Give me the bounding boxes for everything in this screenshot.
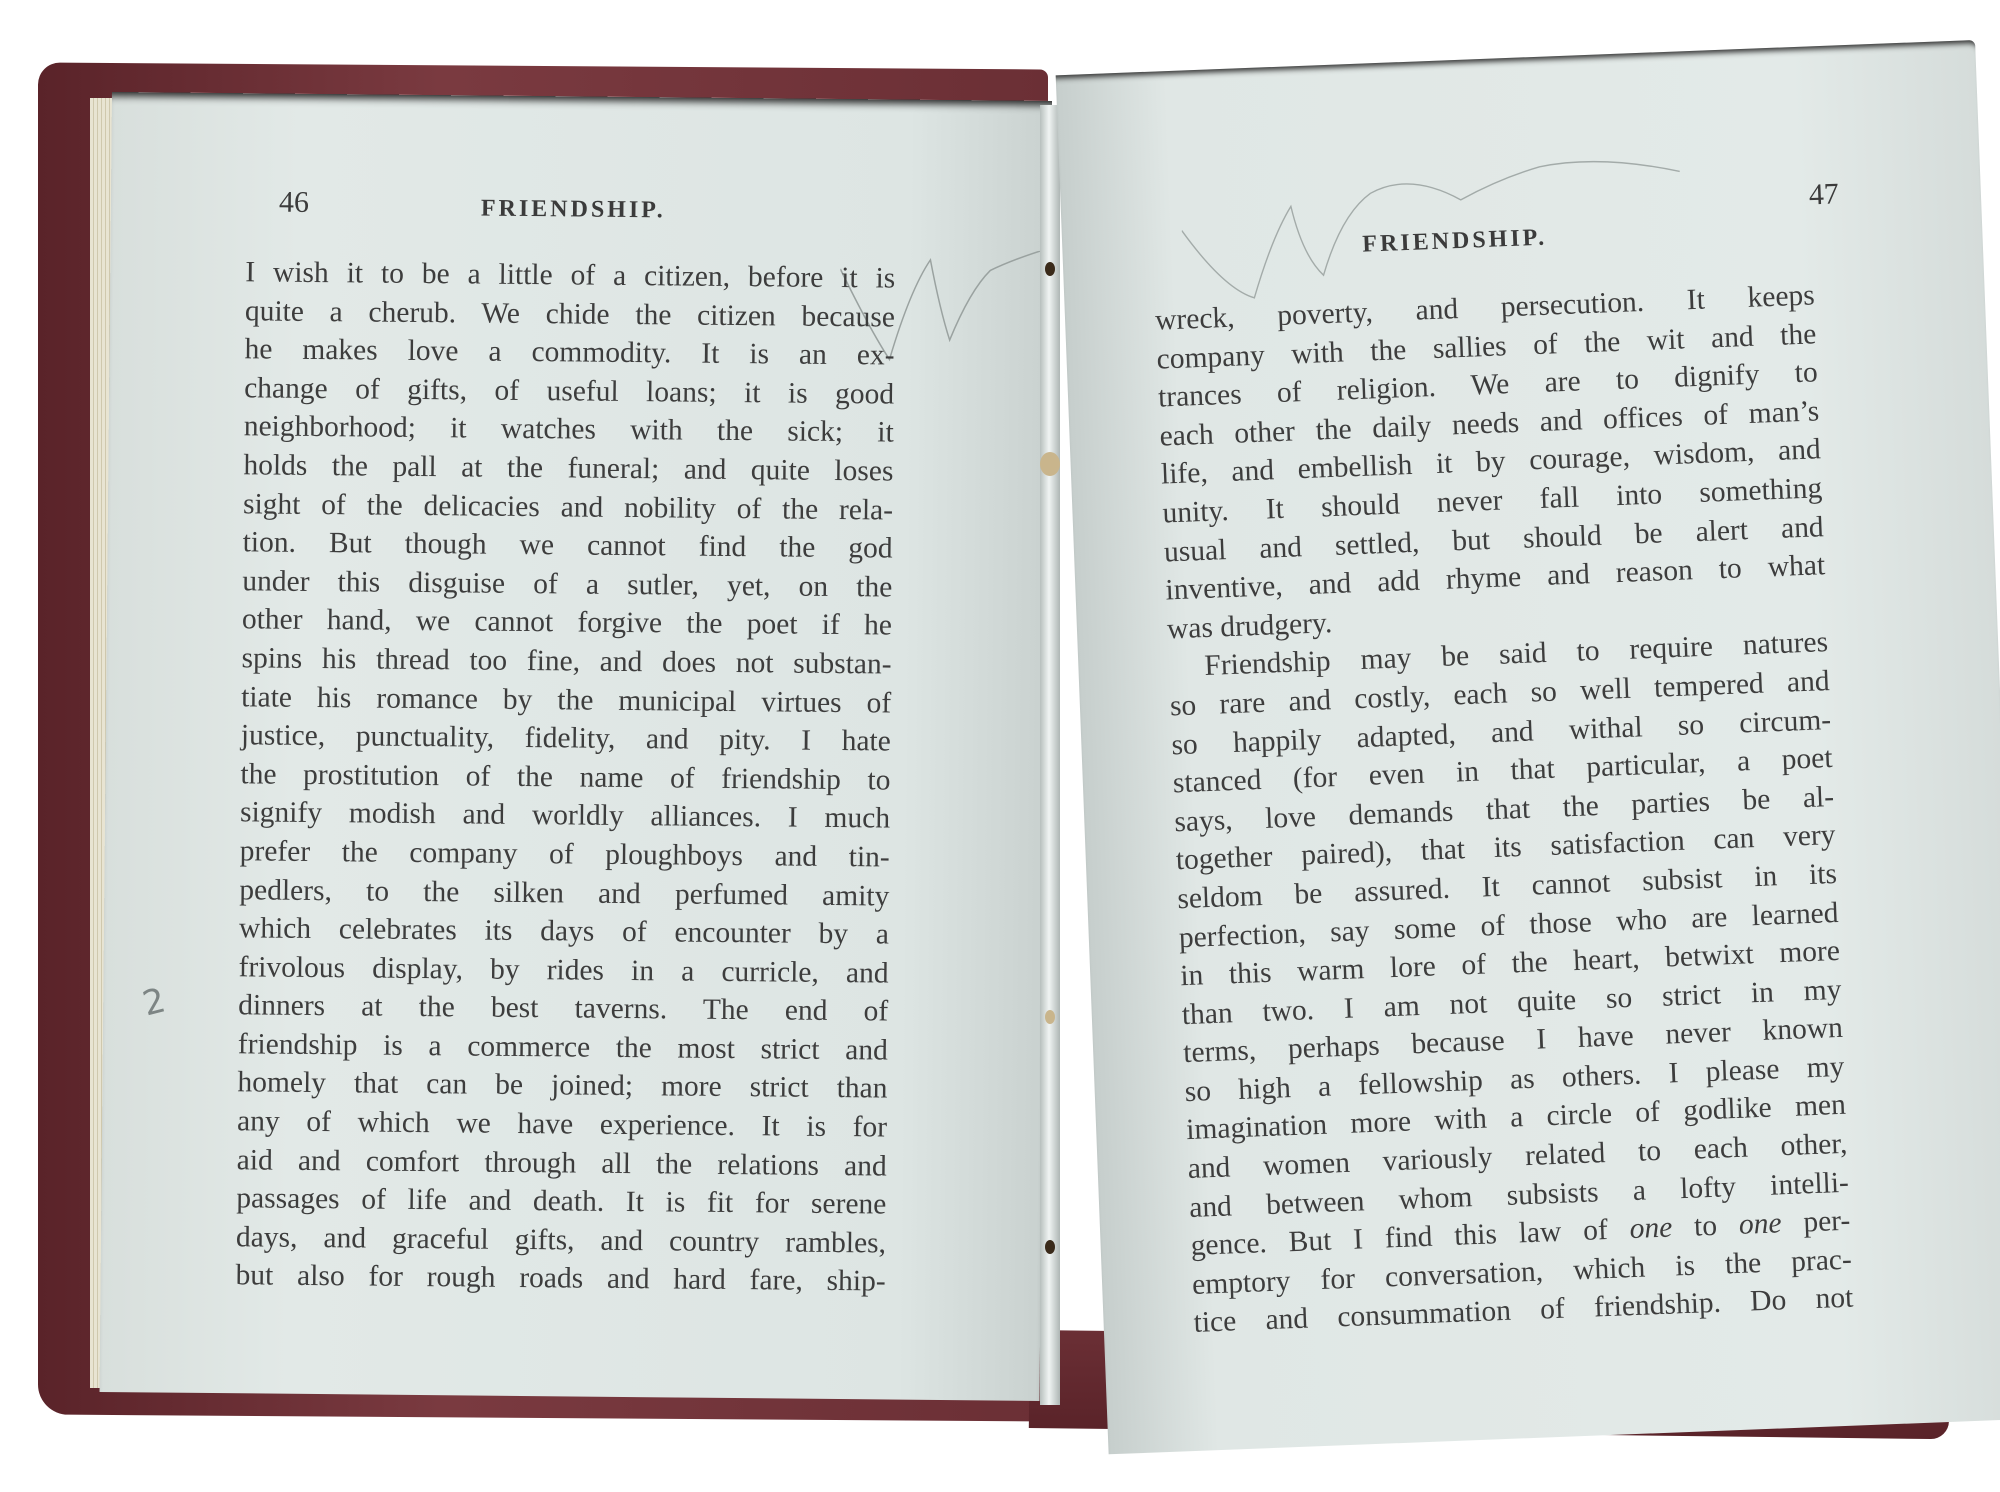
text-line: signify modish and worldly alliances. I … xyxy=(240,794,890,839)
text-line: under this disguise of a sutler, yet, on… xyxy=(242,562,892,607)
text-line: pedlers, to the silken and perfumed amit… xyxy=(239,871,889,916)
text-line: friendship is a commerce the most strict… xyxy=(238,1025,888,1070)
text-line: sight of the delicacies and nobility of … xyxy=(243,485,893,530)
text-line: he makes love a commodity. It is an ex- xyxy=(244,330,894,375)
text-line: homely that can be joined; more strict t… xyxy=(237,1064,887,1109)
text-line: the prostitution of the name of friendsh… xyxy=(240,755,890,800)
binding-stitch xyxy=(1040,452,1060,476)
text-line: but also for rough roads and hard fare, … xyxy=(235,1257,885,1302)
text-line: which celebrates its days of encounter b… xyxy=(239,909,889,954)
text-line: aid and comfort through all the relation… xyxy=(237,1141,887,1186)
book-gutter xyxy=(1040,105,1060,1405)
text-line: quite a cherub. We chide the citizen bec… xyxy=(245,292,895,337)
left-page: 46 FRIENDSHIP. 2 I wish it to be a littl… xyxy=(100,92,1052,1401)
text-line: any of which we have experience. It is f… xyxy=(237,1102,887,1147)
text-line: holds the pall at the funeral; and quite… xyxy=(243,446,893,491)
text-line: tiate his romance by the municipal virtu… xyxy=(241,678,891,723)
binding-stitch xyxy=(1045,1240,1055,1254)
text-line: dinners at the best taverns. The end of xyxy=(238,987,888,1032)
text-line: passages of life and death. It is fit fo… xyxy=(236,1179,886,1224)
text-line: spins his thread too fine, and does not … xyxy=(241,639,891,684)
pencil-margin-mark: 2 xyxy=(139,980,170,1024)
text-line: change of gifts, of useful loans; it is … xyxy=(244,369,894,414)
text-line: I wish it to be a little of a citizen, b… xyxy=(245,253,895,298)
text-line: neighborhood; it watches with the sick; … xyxy=(244,408,894,453)
text-line: frivolous display, by rides in a curricl… xyxy=(238,948,888,993)
right-page-body-text: wreck, poverty, and persecution. It keep… xyxy=(1154,276,1854,1343)
page-number-left: 46 xyxy=(279,186,309,220)
left-page-body-text: I wish it to be a little of a citizen, b… xyxy=(235,253,895,1301)
page-number-right: 47 xyxy=(1808,177,1839,212)
text-line: days, and graceful gifts, and country ra… xyxy=(236,1218,886,1263)
right-page: 47 FRIENDSHIP. wreck, poverty, and perse… xyxy=(1056,40,2000,1454)
text-line: prefer the company of ploughboys and tin… xyxy=(240,832,890,877)
text-line: other hand, we cannot forgive the poet i… xyxy=(242,601,892,646)
text-line: tion. But though we cannot find the god xyxy=(242,523,892,568)
binding-stitch xyxy=(1045,262,1055,276)
binding-stitch xyxy=(1045,1010,1055,1024)
running-head-left: FRIENDSHIP. xyxy=(481,196,666,225)
text-line: justice, punctuality, fidelity, and pity… xyxy=(241,716,891,761)
open-book: 46 FRIENDSHIP. 2 I wish it to be a littl… xyxy=(0,0,2000,1492)
